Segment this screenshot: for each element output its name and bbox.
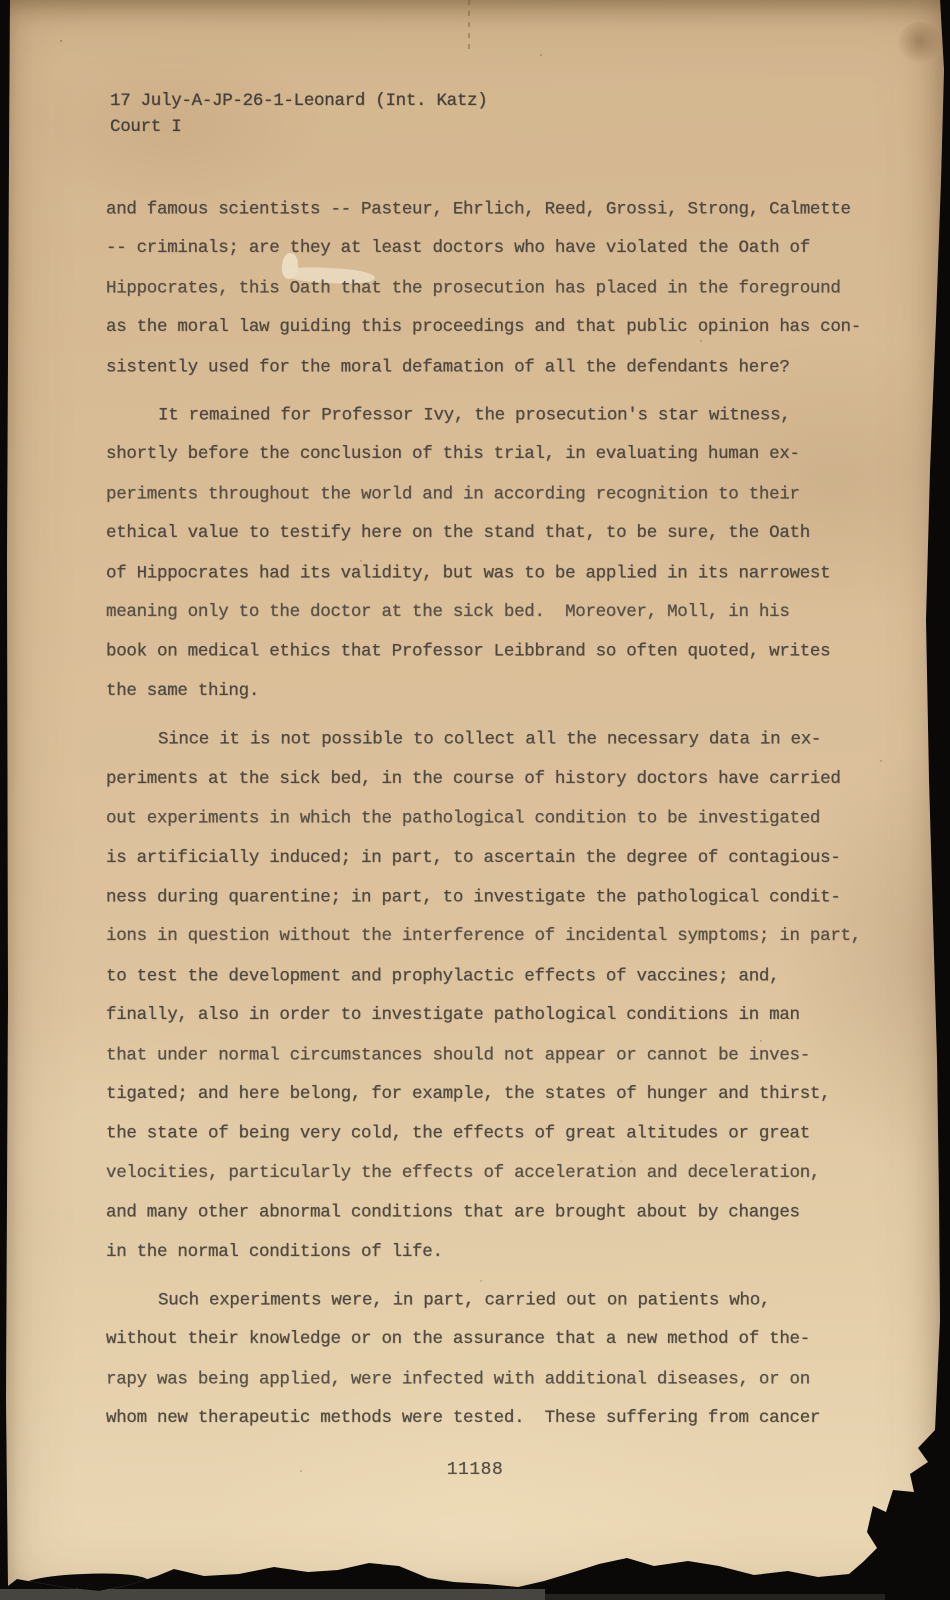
paragraph: and famous scientists -- Pasteur, Ehrlic… <box>106 190 916 387</box>
text-line: -- criminals; are they at least doctors … <box>106 229 916 268</box>
text-line: book on medical ethics that Professor Le… <box>106 633 916 672</box>
text-line: ethical value to testify here on the sta… <box>106 514 916 553</box>
header-court-line: Court I <box>110 114 487 140</box>
text-line: out experiments in which the pathologica… <box>106 799 916 838</box>
text-line: Hippocrates, this Oath that the prosecut… <box>106 269 916 308</box>
text-line: in the normal conditions of life. <box>106 1233 916 1272</box>
page-number: 11188 <box>0 1460 950 1480</box>
text-line: is artificially induced; in part, to asc… <box>106 839 916 878</box>
text-line: whom new therapeutic methods were tested… <box>106 1399 916 1438</box>
paper-speckles <box>60 40 62 42</box>
scanner-bed-strip <box>0 1589 545 1600</box>
corner-stain <box>898 22 942 64</box>
text-line: velocities, particularly the effects of … <box>106 1154 916 1193</box>
text-line: tigated; and here belong, for example, t… <box>106 1075 916 1114</box>
text-line: Such experiments were, in part, carried … <box>106 1281 916 1320</box>
scanner-bed-strip-right <box>545 1594 885 1600</box>
text-line: It remained for Professor Ivy, the prose… <box>106 396 916 435</box>
paragraph: Such experiments were, in part, carried … <box>106 1281 916 1439</box>
text-line: as the moral law guiding this proceeding… <box>106 308 916 347</box>
text-line: of Hippocrates had its validity, but was… <box>106 554 916 593</box>
document-header: 17 July-A-JP-26-1-Leonard (Int. Katz) Co… <box>110 88 487 140</box>
text-line: without their knowledge or on the assura… <box>106 1320 916 1359</box>
text-line: to test the development and prophylactic… <box>106 957 916 996</box>
text-line: that under normal circumstances should n… <box>106 1036 916 1075</box>
text-line: the same thing. <box>106 672 916 711</box>
text-line: the state of being very cold, the effect… <box>106 1115 916 1154</box>
text-line: Since it is not possible to collect all … <box>106 721 916 760</box>
text-line: finally, also in order to investigate pa… <box>106 996 916 1035</box>
text-line: rapy was being applied, were infected wi… <box>106 1360 916 1399</box>
text-line: ions in question without the interferenc… <box>106 917 916 956</box>
text-line: ness during quarentine; in part, to inve… <box>106 878 916 917</box>
paragraph: Since it is not possible to collect all … <box>106 720 916 1272</box>
text-line: meaning only to the doctor at the sick b… <box>106 593 916 632</box>
text-line: shortly before the conclusion of this tr… <box>106 435 916 474</box>
text-line: periments at the sick bed, in the course… <box>106 760 916 799</box>
document-body: and famous scientists -- Pasteur, Ehrlic… <box>106 190 916 1448</box>
text-line: periments throughout the world and in ac… <box>106 475 916 514</box>
top-crease-mark <box>468 0 470 54</box>
text-line: and famous scientists -- Pasteur, Ehrlic… <box>106 190 916 229</box>
text-line: and many other abnormal conditions that … <box>106 1194 916 1233</box>
paragraph: It remained for Professor Ivy, the prose… <box>106 396 916 711</box>
text-line: sistently used for the moral defamation … <box>106 348 916 387</box>
header-reference-line: 17 July-A-JP-26-1-Leonard (Int. Katz) <box>110 88 487 114</box>
document-page: 17 July-A-JP-26-1-Leonard (Int. Katz) Co… <box>0 0 950 1600</box>
